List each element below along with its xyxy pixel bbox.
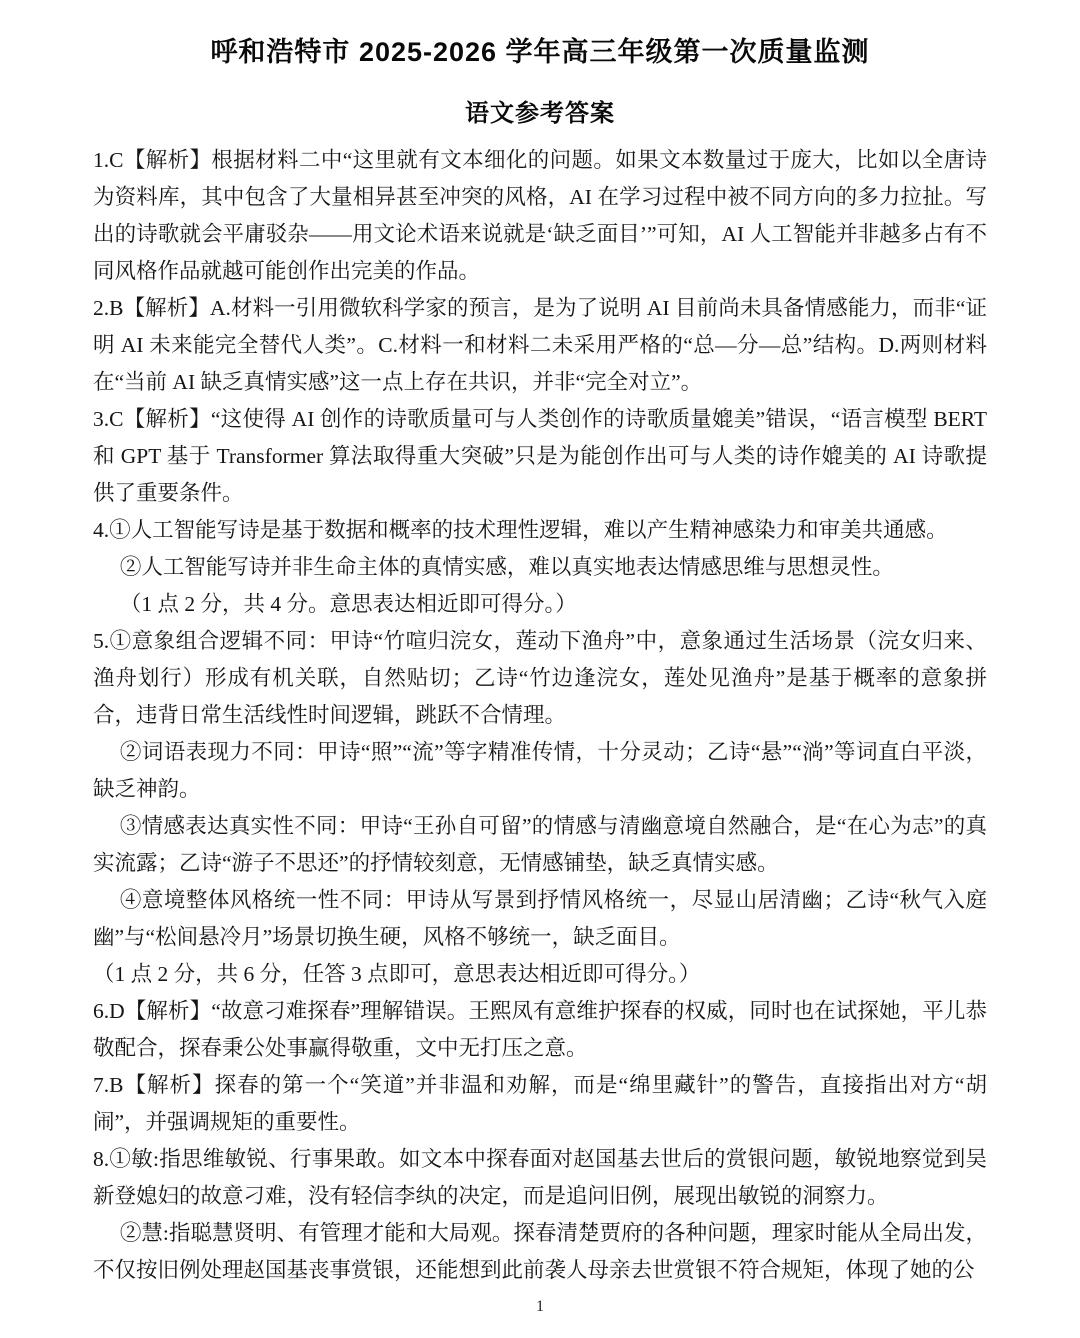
page-number: 1 (0, 1298, 1080, 1316)
answer-paragraph-q3: 3.C【解析】“这使得 AI 创作的诗歌质量可与人类创作的诗歌质量媲美”错误，“… (93, 401, 987, 512)
answer-paragraph-q7: 7.B【解析】探春的第一个“笑道”并非温和劝解，而是“绵里藏针”的警告，直接指出… (93, 1067, 987, 1141)
document-subtitle: 语文参考答案 (0, 93, 1080, 128)
document-page: 呼和浩特市 2025-2026 学年高三年级第一次质量监测 语文参考答案 1.C… (0, 0, 1080, 1338)
answer-paragraph-q5-point2: ②词语表现力不同：甲诗“照”“流”等字精准传情，十分灵动；乙诗“悬”“淌”等词直… (93, 734, 987, 808)
answer-paragraph-q4-point1: 4.①人工智能写诗是基于数据和概率的技术理性逻辑，难以产生精神感染力和审美共通感… (93, 512, 987, 549)
answer-paragraph-q6: 6.D【解析】“故意刁难探春”理解错误。王熙凤有意维护探春的权威，同时也在试探她… (93, 993, 987, 1067)
answer-paragraph-q2: 2.B【解析】A.材料一引用微软科学家的预言，是为了说明 AI 目前尚未具备情感… (93, 290, 987, 401)
answer-paragraph-q5-point3: ③情感表达真实性不同：甲诗“王孙自可留”的情感与清幽意境自然融合，是“在心为志”… (93, 808, 987, 882)
answer-paragraph-q8-point1: 8.①敏:指思维敏锐、行事果敢。如文本中探春面对赵国基去世后的赏银问题，敏锐地察… (93, 1141, 987, 1215)
document-title: 呼和浩特市 2025-2026 学年高三年级第一次质量监测 (0, 30, 1080, 69)
answer-paragraph-q5-scoring-note: （1 点 2 分，共 6 分，任答 3 点即可，意思表达相近即可得分。） (93, 956, 987, 993)
answer-paragraph-q5-point4: ④意境整体风格统一性不同：甲诗从写景到抒情风格统一，尽显山居清幽；乙诗“秋气入庭… (93, 882, 987, 956)
answer-paragraph-q4-scoring-note: （1 点 2 分，共 4 分。意思表达相近即可得分。） (93, 586, 987, 623)
answer-paragraph-q1: 1.C【解析】根据材料二中“这里就有文本细化的问题。如果文本数量过于庞大，比如以… (93, 142, 987, 290)
answer-paragraph-q5-point1: 5.①意象组合逻辑不同：甲诗“竹喧归浣女，莲动下渔舟”中，意象通过生活场景（浣女… (93, 623, 987, 734)
answer-paragraph-q8-point2: ②慧:指聪慧贤明、有管理才能和大局观。探春清楚贾府的各种问题，理家时能从全局出发… (93, 1215, 987, 1289)
answer-key-content: 1.C【解析】根据材料二中“这里就有文本细化的问题。如果文本数量过于庞大，比如以… (93, 142, 987, 1289)
answer-paragraph-q4-point2: ②人工智能写诗并非生命主体的真情实感，难以真实地表达情感思维与思想灵性。 (93, 549, 987, 586)
